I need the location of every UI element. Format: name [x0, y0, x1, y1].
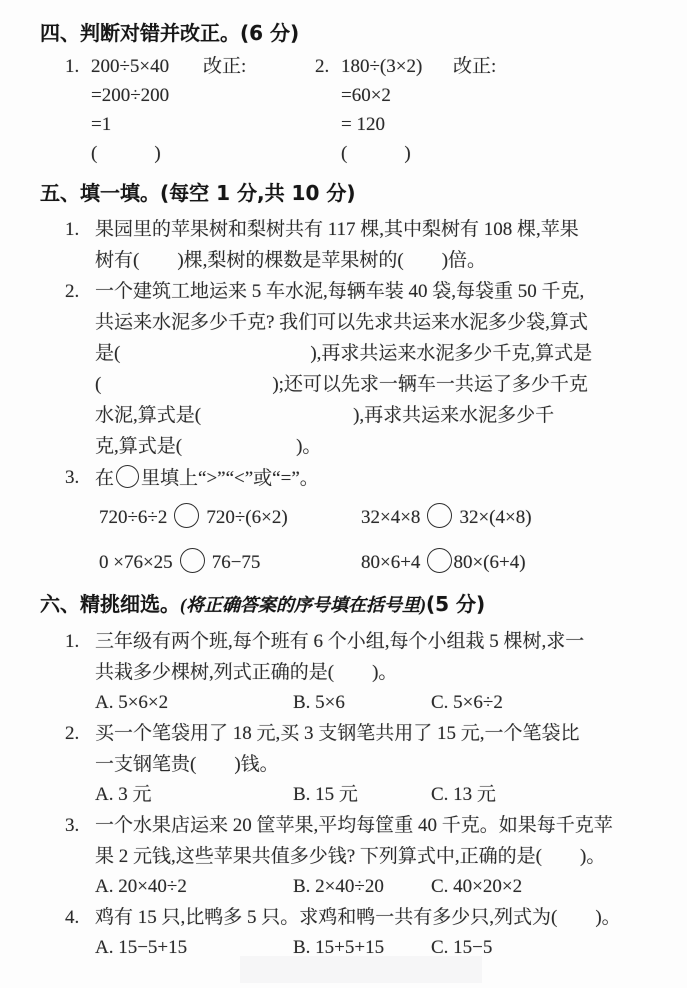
item-number: 4. [65, 902, 95, 963]
options-row: A. 20×40÷2 B. 2×40÷20 C. 40×20×2 [95, 872, 657, 902]
right-expression: 720÷(6×2) [206, 507, 287, 528]
text-line: 一支钢笔贵( )钱。 [95, 749, 657, 780]
intro-prefix: 在 [95, 468, 114, 489]
left-expression: 80×6+4 [361, 552, 420, 573]
text-line: 鸡有 15 只,比鸭多 5 只。求鸡和鸭一共有多少只,列式为( )。 [95, 902, 657, 933]
title-note: (将正确答案的序号填在括号里) [180, 595, 426, 615]
blank-circle-icon [174, 503, 199, 528]
choice-item-2: 2. 买一个笔袋用了 18 元,买 3 支钢笔共用了 15 元,一个笔袋比 一支… [40, 718, 657, 810]
comparison-grid: 720÷6÷2720÷(6×2) 32×4×832×(4×8) 0 ×76×25… [95, 502, 657, 579]
judge-expression: 200÷5×40 [91, 52, 203, 81]
options-row: A. 3 元 B. 15 元 C. 13 元 [95, 780, 657, 810]
section-judge-title: 四、判断对错并改正。(6 分) [40, 20, 657, 46]
text-line: 一个水果店运来 20 筐苹果,平均每筐重 40 千克。如果每千克苹 [95, 810, 657, 841]
item-text: 果园里的苹果树和梨树共有 117 棵,其中梨树有 108 棵,苹果 树有( )棵… [95, 214, 657, 276]
judge-expression: 180÷(3×2) [341, 52, 453, 81]
title-main: 六、精挑细选。 [40, 592, 180, 616]
text-line: 树有( )棵,梨树的棵数是苹果树的( )倍。 [95, 245, 657, 276]
correction-label: 改正: [203, 56, 246, 77]
text-line: 一个建筑工地运来 5 车水泥,每辆车装 40 袋,每袋重 50 千克, [95, 276, 657, 307]
judge-item-1: 1.200÷5×40改正: =200÷200 =1 ( ) [65, 52, 315, 168]
blank-circle-icon [427, 503, 452, 528]
option-a: A. 20×40÷2 [95, 872, 293, 902]
title-score: (5 分) [426, 592, 485, 616]
comparison-pair-2: 32×4×832×(4×8) [361, 502, 657, 534]
judge-columns: 1.200÷5×40改正: =200÷200 =1 ( ) 2.180÷(3×2… [40, 52, 657, 168]
option-b: B. 5×6 [293, 688, 431, 718]
option-a: A. 5×6×2 [95, 688, 293, 718]
choice-item-4: 4. 鸡有 15 只,比鸭多 5 只。求鸡和鸭一共有多少只,列式为( )。 A.… [40, 902, 657, 963]
item-number: 1. [65, 626, 95, 718]
item-number: 1. [65, 52, 91, 81]
section-judge-and-correct: 四、判断对错并改正。(6 分) 1.200÷5×40改正: =200÷200 =… [40, 20, 657, 168]
text-line: 水泥,算式是( ),再求共运来水泥多少千 [95, 400, 657, 431]
blank-circle-icon [427, 548, 452, 573]
answer-bracket: ( ) [341, 139, 657, 168]
choice-item-3: 3. 一个水果店运来 20 筐苹果,平均每筐重 40 千克。如果每千克苹 果 2… [40, 810, 657, 902]
intro-suffix: 里填上“>”“<”或“=”。 [141, 468, 319, 489]
text-line: 是( ),再求共运来水泥多少千克,算式是 [95, 338, 657, 369]
comparison-pair-3: 0 ×76×2576−75 [99, 547, 361, 579]
left-expression: 0 ×76×25 [99, 552, 173, 573]
section-choice-title: 六、精挑细选。(将正确答案的序号填在括号里)(5 分) [40, 591, 657, 618]
judge-expression-row: 1.200÷5×40改正: [65, 52, 315, 81]
comparison-pair-1: 720÷6÷2720÷(6×2) [99, 502, 361, 534]
right-expression: 32×(4×8) [459, 507, 531, 528]
option-c: C. 40×20×2 [431, 872, 657, 902]
worksheet-page: 四、判断对错并改正。(6 分) 1.200÷5×40改正: =200÷200 =… [0, 0, 687, 988]
comparison-pair-4: 80×6+480×(6+4) [361, 547, 657, 579]
judge-item-2: 2.180÷(3×2)改正: =60×2 = 120 ( ) [315, 52, 657, 168]
fill-item-1: 1. 果园里的苹果树和梨树共有 117 棵,其中梨树有 108 棵,苹果 树有(… [40, 214, 657, 276]
section-multiple-choice: 六、精挑细选。(将正确答案的序号填在括号里)(5 分) 1. 三年级有两个班,每… [40, 591, 657, 963]
option-a: A. 3 元 [95, 780, 293, 810]
item-text: 买一个笔袋用了 18 元,买 3 支钢笔共用了 15 元,一个笔袋比 一支钢笔贵… [95, 718, 657, 810]
fill-item-3: 3. 在里填上“>”“<”或“=”。 720÷6÷2720÷(6×2) 32×4… [40, 462, 657, 579]
work-step: =60×2 [341, 81, 657, 110]
left-expression: 720÷6÷2 [99, 507, 167, 528]
scan-artifact-bar [240, 956, 482, 983]
item-number: 3. [65, 462, 95, 579]
work-step: = 120 [341, 110, 657, 139]
item-number: 2. [65, 718, 95, 810]
text-line: ( );还可以先求一辆车一共运了多少千克 [95, 369, 657, 400]
item-number: 3. [65, 810, 95, 902]
choice-item-1: 1. 三年级有两个班,每个班有 6 个小组,每个小组栽 5 棵树,求一 共栽多少… [40, 626, 657, 718]
text-line: 果 2 元钱,这些苹果共值多少钱? 下列算式中,正确的是( )。 [95, 841, 657, 872]
blank-circle-icon [180, 548, 205, 573]
left-expression: 32×4×8 [361, 507, 420, 528]
option-b: B. 2×40÷20 [293, 872, 431, 902]
option-c: C. 13 元 [431, 780, 657, 810]
work-step: =1 [91, 110, 315, 139]
text-line: 共运来水泥多少千克? 我们可以先求共运来水泥多少袋,算式 [95, 307, 657, 338]
section-fill-title: 五、填一填。(每空 1 分,共 10 分) [40, 180, 657, 206]
item-number: 2. [315, 52, 341, 81]
text-line: 果园里的苹果树和梨树共有 117 棵,其中梨树有 108 棵,苹果 [95, 214, 657, 245]
blank-circle-icon [116, 465, 139, 488]
options-row: A. 5×6×2 B. 5×6 C. 5×6÷2 [95, 688, 657, 718]
section-fill-in: 五、填一填。(每空 1 分,共 10 分) 1. 果园里的苹果树和梨树共有 11… [40, 180, 657, 579]
judge-expression-row: 2.180÷(3×2)改正: [315, 52, 657, 81]
option-c: C. 5×6÷2 [431, 688, 657, 718]
work-step: =200÷200 [91, 81, 315, 110]
item-text: 一个水果店运来 20 筐苹果,平均每筐重 40 千克。如果每千克苹 果 2 元钱… [95, 810, 657, 902]
compare-intro-line: 在里填上“>”“<”或“=”。 [95, 462, 657, 496]
right-expression: 80×(6+4) [453, 552, 525, 573]
option-b: B. 15 元 [293, 780, 431, 810]
item-number: 1. [65, 214, 95, 276]
text-line: 共栽多少棵树,列式正确的是( )。 [95, 657, 657, 688]
text-line: 克,算式是( )。 [95, 431, 657, 462]
item-text: 鸡有 15 只,比鸭多 5 只。求鸡和鸭一共有多少只,列式为( )。 A. 15… [95, 902, 657, 963]
item-text: 一个建筑工地运来 5 车水泥,每辆车装 40 袋,每袋重 50 千克, 共运来水… [95, 276, 657, 462]
text-line: 买一个笔袋用了 18 元,买 3 支钢笔共用了 15 元,一个笔袋比 [95, 718, 657, 749]
right-expression: 76−75 [212, 552, 261, 573]
item-number: 2. [65, 276, 95, 462]
text-line: 三年级有两个班,每个班有 6 个小组,每个小组栽 5 棵树,求一 [95, 626, 657, 657]
item-text: 在里填上“>”“<”或“=”。 720÷6÷2720÷(6×2) 32×4×83… [95, 462, 657, 579]
answer-bracket: ( ) [91, 139, 315, 168]
item-text: 三年级有两个班,每个班有 6 个小组,每个小组栽 5 棵树,求一 共栽多少棵树,… [95, 626, 657, 718]
fill-item-2: 2. 一个建筑工地运来 5 车水泥,每辆车装 40 袋,每袋重 50 千克, 共… [40, 276, 657, 462]
correction-label: 改正: [453, 56, 496, 77]
